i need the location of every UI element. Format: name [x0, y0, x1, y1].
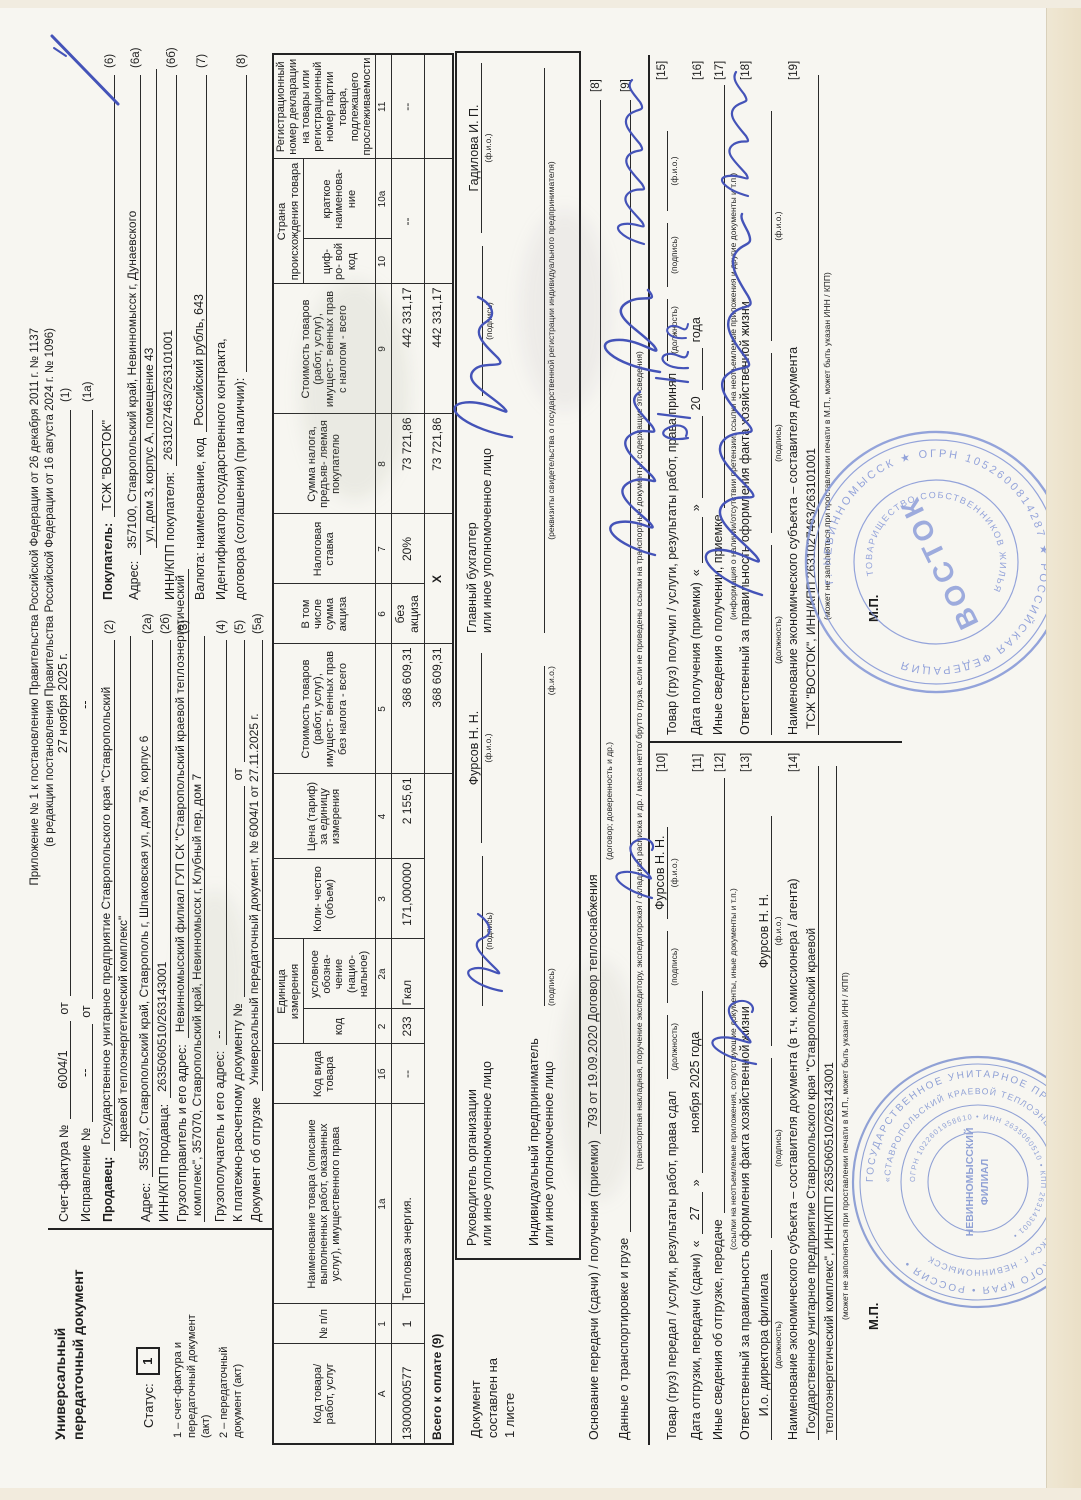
- seller-address-label: Адрес:: [139, 1183, 153, 1222]
- accountant-title: Главный бухгалтер или иное уполномоченно…: [465, 448, 495, 633]
- col-head-cost-no-tax: Стоимость товаров (работ, услуг), имущес…: [273, 644, 375, 774]
- head-signature-line: [467, 856, 483, 1006]
- responsible-received-fio-sublabel: (ф.и.о.): [772, 211, 783, 240]
- ref-2: (2): [104, 620, 116, 634]
- total-cost-with-tax: 442 331,17: [424, 284, 453, 414]
- responsible-received-position-line: [756, 545, 772, 735]
- receive-date-century: 20: [689, 396, 703, 410]
- other-ship-info-line: Иные сведения об отгрузке, передаче: [710, 778, 725, 1440]
- entrepreneur-title: Индивидуальный предприниматель или иное …: [527, 1038, 557, 1246]
- goods-received-sign-line: [652, 223, 668, 287]
- status-note2: 2 – передаточный документ (акт): [218, 1310, 246, 1438]
- responsible-received-sign-line: [756, 353, 772, 533]
- col-head-unit-group: Единица измерения: [273, 939, 304, 1044]
- upd-document: Приложение № 1 к постановлению Правитель…: [0, 0, 1081, 1500]
- num-3: 3: [375, 859, 391, 939]
- table-total-row: Всего к оплате (9) 368 609,31 X 73 721,8…: [424, 54, 453, 1444]
- ref-2a: (2а): [142, 614, 154, 634]
- seller-address-line: Адрес: 355037, Ставропольский край, Став…: [138, 640, 153, 1222]
- regulation-note-line1: Приложение № 1 к постановлению Правитель…: [28, 328, 43, 1080]
- head-fio-sublabel: (ф.и.о.): [482, 733, 493, 762]
- status-value-box: 1: [136, 1347, 160, 1375]
- cell-npp: 1: [391, 1304, 424, 1344]
- table-row: 13000000577 1 Тепловая энергия. -- 233 Г…: [391, 54, 424, 1444]
- correction-number-value: --: [78, 1024, 93, 1122]
- status-note1: 1 – счет-фактура и передаточный документ…: [172, 1310, 213, 1438]
- cell-unit-symbol: Гкал: [391, 939, 424, 1009]
- responsible-received-position-sublabel: (должность): [772, 616, 783, 664]
- gov-contract-label-2: договора (соглашения) (при наличии):: [233, 378, 247, 600]
- shipping-doc-value: Универсальный передаточный документ, № 6…: [248, 640, 263, 1091]
- num-7: 7: [375, 514, 391, 584]
- num-10: 10: [375, 239, 391, 284]
- other-receive-info-label: Иные сведения о получении, приемке: [711, 514, 725, 735]
- cell-country: --: [391, 159, 424, 284]
- scan-smudge: [300, 280, 410, 500]
- col-head-unit-symbol: условное обозна- чение (нацио- нальное): [304, 939, 375, 1009]
- entrepreneur-fio-sublabel: (ф.и.о.): [545, 666, 556, 695]
- ref-5: (5): [234, 620, 246, 634]
- responsible-received-fio-col: (ф.и.о.): [756, 111, 783, 341]
- seller-entity-label: Наименование экономического субъекта – с…: [786, 878, 800, 1440]
- buyer-address-value-1: 357100, Ставропольский край, Невинномысс…: [126, 75, 141, 555]
- ref-19: [19]: [788, 61, 800, 80]
- ref-17: [17]: [714, 61, 726, 80]
- receive-date-month: [688, 416, 703, 498]
- buyer-inn-value: 2631027463/263101001: [162, 75, 177, 466]
- other-ship-info-note: (ссылки на неотъемлемые приложения, сопу…: [728, 888, 738, 1250]
- ship-date-line: Дата отгрузки, передачи (сдачи) « 27 » н…: [688, 940, 703, 1440]
- accountant-fio-col: Гадилова И. П. (ф.и.о.): [467, 63, 493, 233]
- ref-6a: (6а): [130, 48, 142, 68]
- col-head-reg-number: Регистрационный номер декларации на това…: [273, 54, 375, 159]
- scanner-edge-bottom: [1046, 0, 1081, 1500]
- ref-14: [14]: [788, 753, 800, 772]
- ref-1: (1): [60, 388, 72, 402]
- num-6: 6: [375, 584, 391, 644]
- cell-excise: без акциза: [391, 584, 424, 644]
- responsible-received-sign-col: (подпись): [756, 353, 783, 533]
- ref-15: [15]: [656, 61, 668, 80]
- seller-inn-value: 2635060510/263143001: [156, 640, 171, 1098]
- cell-kind: --: [391, 1044, 424, 1104]
- head-sign-signature-col: (подпись): [467, 856, 494, 1006]
- goods-sent-sign-line: [652, 931, 668, 1003]
- goods-received-label: Товар (груз) получил / услуги, результат…: [665, 373, 679, 735]
- gov-contract-value: [232, 75, 247, 372]
- ref-8b: [8]: [590, 79, 602, 92]
- entrepreneur-sign-sublabel: (подпись): [545, 968, 556, 1006]
- accountant-signature-sublabel: (подпись): [483, 302, 494, 340]
- buyer-line: Покупатель: ТСЖ "ВОСТОК": [100, 75, 115, 600]
- ref-16: [16]: [692, 61, 704, 80]
- status-divider: [48, 1228, 272, 1230]
- ship-date-day: 27: [688, 1192, 703, 1234]
- table-header-row-1: Код товара/ работ, услуг № п/п Наименова…: [273, 54, 304, 1444]
- seller-line: Продавец: Государственное унитарное пред…: [100, 640, 115, 1222]
- corner-pen-tick: [54, 48, 66, 56]
- invoice-number-line: Счет-фактура № 6004/1 от 27 ноября 2025 …: [56, 410, 71, 1222]
- accountant-signature-line: [467, 246, 483, 396]
- responsible-sent-label: Ответственный за правильность оформления…: [738, 1006, 752, 1440]
- num-11: 11: [375, 54, 391, 159]
- cell-rate: 20%: [391, 514, 424, 584]
- consignor-label: Грузоотправитель и его адрес:: [175, 1044, 189, 1222]
- receive-date-year: [688, 348, 703, 390]
- goods-received-position-line: [652, 299, 668, 361]
- ref-13: [13]: [740, 753, 752, 772]
- correction-label: Исправление №: [79, 1128, 93, 1222]
- goods-received-line: Товар (груз) получил / услуги, результат…: [652, 85, 679, 735]
- goods-sent-fio-sublabel: (ф.и.о.): [668, 858, 679, 887]
- entrepreneur-signature-col: (подпись) (ф.и.о.): [529, 666, 556, 1006]
- col-head-price: Цена (тариф) за единицу измерения: [273, 774, 375, 859]
- head-signature-sublabel: (подпись): [483, 912, 494, 950]
- accountant-title-l2: или иное уполномоченное лицо: [480, 448, 495, 633]
- buyer-address-label: Адрес:: [127, 561, 141, 600]
- num-10a: 10а: [375, 159, 391, 239]
- col-head-country-name: краткое наименова- ние: [304, 159, 375, 239]
- responsible-sent-position-col: И.о. директора филиала (должность): [757, 1250, 783, 1440]
- buyer-label: Покупатель:: [101, 523, 115, 600]
- ref-12: [12]: [714, 753, 726, 772]
- seller-stamp-inner-text: ОГРН 1022601958610 • ИНН 2635060510 • КП…: [908, 1112, 1048, 1241]
- receive-date-label: Дата получения (приемки): [689, 582, 703, 735]
- responsible-sent-sign-line: [756, 1058, 772, 1238]
- total-country-empty: [424, 159, 453, 284]
- correction-line: Исправление № -- от --: [78, 410, 93, 1222]
- entrepreneur-title-l1: Индивидуальный предприниматель: [527, 1038, 542, 1246]
- buyer-stamp-center-text: ВОСТОК: [893, 489, 985, 634]
- num-A: А: [375, 1344, 391, 1444]
- num-5: 5: [375, 644, 391, 774]
- items-table: Код товара/ работ, услуг № п/п Наименова…: [272, 53, 454, 1445]
- scan-smudge: [180, 890, 250, 1070]
- other-receive-info-note: (информация о наличии/отсутствии претенз…: [728, 173, 738, 620]
- ref-2b: (2б): [160, 613, 172, 634]
- cell-unit-code: 233: [391, 1009, 424, 1044]
- cell-qty: 171,000000: [391, 859, 424, 939]
- accountant-fio-value: Гадилова И. П.: [467, 63, 482, 233]
- seller-inn-line: ИНН/КПП продавца: 2635060510/263143001: [156, 640, 171, 1222]
- head-sign-title-l1: Руководитель организации: [465, 1061, 480, 1246]
- correction-date-value: --: [78, 410, 93, 999]
- pages-note-l1: Документ: [468, 1358, 485, 1438]
- pages-note-l2: составлен на: [485, 1358, 502, 1438]
- num-2: 2: [375, 1009, 391, 1044]
- responsible-sent-sign-col: (подпись): [756, 1058, 783, 1238]
- invoice-number-value: 6004/1: [56, 1021, 71, 1119]
- goods-sent-position-col: (должность): [652, 1015, 679, 1079]
- basis-note: (договор; доверенность и др.): [604, 742, 614, 860]
- transport-label: Данные о транспортировке и грузе: [617, 1238, 631, 1440]
- goods-received-fio-line: [652, 131, 668, 211]
- cell-name: Тепловая энергия.: [391, 1104, 424, 1304]
- currency-label: Валюта: наименование, код: [193, 438, 207, 600]
- total-reg-empty: [424, 54, 453, 159]
- other-ship-info-label: Иные сведения об отгрузке, передаче: [711, 1219, 725, 1440]
- buyer-stamp: Г. НЕВИННОМЫССК ★ ОГРН 1052600814287 ★ Р…: [772, 398, 1081, 725]
- goods-sent-fio: Фурсов Н. Н.: [653, 827, 668, 919]
- scan-smudge: [560, 960, 640, 1200]
- head-fio-value: Фурсов Н. Н.: [467, 653, 482, 843]
- ref-5a: (5а): [252, 614, 264, 634]
- seller-value-2: краевой теплоэнергетический комплекс": [116, 636, 131, 1148]
- head-sign-title: Руководитель организации или иное уполно…: [465, 1061, 495, 1246]
- seller-inn-label: ИНН/КПП продавца:: [157, 1104, 171, 1222]
- ref-8: (8): [236, 54, 248, 68]
- seller-stamp-center-1: НЕВИННОМЫССКИЙ: [963, 1128, 976, 1237]
- ref-9: [9]: [620, 79, 632, 92]
- total-tax: 73 721,86: [424, 414, 453, 514]
- buyer-inn-line: ИНН/КПП покупателя: 2631027463/263101001: [162, 75, 177, 600]
- responsible-sent-position: И.о. директора филиала: [757, 1250, 772, 1440]
- accountant-title-l1: Главный бухгалтер: [465, 448, 480, 633]
- ship-date-q2: »: [689, 1179, 703, 1186]
- ref-11: [11]: [692, 754, 704, 772]
- other-ship-info-value: [710, 778, 725, 1213]
- goods-sent-sign-sublabel: (подпись): [668, 948, 679, 986]
- document-title: Универсальный передаточный документ: [52, 1240, 87, 1440]
- goods-sent-fio-col: Фурсов Н. Н. (ф.и.о.): [653, 827, 679, 919]
- col-head-npp: № п/п: [273, 1304, 375, 1344]
- num-1a: 1а: [375, 1104, 391, 1304]
- buyer-address-line: Адрес: 357100, Ставропольский край, Неви…: [126, 75, 141, 600]
- responsible-received-position-col: (должность): [756, 545, 783, 735]
- col-head-excise: В том числе сумма акциза: [273, 584, 375, 644]
- entrepreneur-signature-line: [529, 666, 545, 1006]
- responsible-sent-position-sublabel: (должность): [772, 1321, 783, 1369]
- seller-entity-value-1: Государственное унитарное предприятие Ст…: [804, 766, 819, 1440]
- seller-value-1: Государственное унитарное предприятие Ст…: [100, 640, 115, 1151]
- receive-date-q2: »: [689, 504, 703, 511]
- goods-received-position-sublabel: (должность): [668, 306, 679, 354]
- seller-label: Продавец:: [101, 1157, 115, 1222]
- goods-sent-label: Товар (груз) передал / услуги, результат…: [665, 1091, 679, 1440]
- responsible-sent-sign-sublabel: (подпись): [772, 1129, 783, 1167]
- goods-sent-position-line: [652, 1015, 668, 1079]
- ref-18: [18]: [740, 61, 752, 80]
- num-1b: 1б: [375, 1044, 391, 1104]
- responsible-received-label: Ответственный за правильность оформления…: [738, 301, 752, 735]
- receive-date-day: [688, 517, 703, 563]
- scanned-page: Приложение № 1 к постановлению Правитель…: [0, 0, 1081, 1500]
- shipping-doc-label: Документ об отгрузке: [249, 1097, 263, 1222]
- pages-note-l3: 1 листе: [502, 1358, 519, 1438]
- other-receive-info-line: Иные сведения о получении, приемке: [710, 85, 725, 735]
- invoice-date-value: 27 ноября 2025 г.: [56, 410, 71, 996]
- num-4: 4: [375, 774, 391, 859]
- col-head-name: Наименование товара (описание выполненны…: [273, 1104, 375, 1304]
- table-numbering-row: А 1 1а 1б 2 2а 3 4 5 6 7 8 9 10 10а 11: [375, 54, 391, 1444]
- ref-4: (4): [216, 620, 228, 634]
- seller-address-value: 355037, Ставропольский край, Ставрополь …: [138, 640, 153, 1177]
- goods-sent-position-sublabel: (должность): [668, 1023, 679, 1071]
- transport-line: Данные о транспортировке и грузе: [616, 100, 631, 1440]
- correction-from-label: от: [79, 1005, 93, 1017]
- col-head-kind: Код вида товара: [273, 1044, 375, 1104]
- receive-date-q1: «: [689, 569, 703, 576]
- ref-10: [10]: [656, 753, 668, 772]
- buyer-inn-label: ИНН/КПП покупателя:: [163, 472, 177, 600]
- buyer-value: ТСЖ "ВОСТОК": [100, 75, 115, 517]
- scanner-edge-right: [0, 0, 1081, 8]
- invoice-number-label: Счет-фактура №: [57, 1125, 71, 1222]
- total-cost-no-tax: 368 609,31: [424, 644, 453, 774]
- regulation-note: Приложение № 1 к постановлению Правитель…: [28, 328, 58, 1080]
- col-head-country-code: циф- ро- вой код: [304, 239, 375, 284]
- responsible-sent-line: И.о. директора филиала (должность) (подп…: [756, 778, 783, 1440]
- status-line: Статус: 1: [136, 1347, 160, 1428]
- section-divider-horizontal: [648, 55, 650, 1445]
- total-label: Всего к оплате (9): [424, 774, 453, 1444]
- goods-sent-sign-col: (подпись): [652, 931, 679, 1003]
- ship-date-month-year: ноября 2025 года: [688, 991, 703, 1173]
- ref-1a: (1а): [82, 382, 94, 402]
- col-head-rate: Налоговая ставка: [273, 514, 375, 584]
- total-x: X: [424, 514, 453, 644]
- currency-line: Валюта: наименование, код Российский руб…: [192, 75, 207, 600]
- payment-doc-from: от: [231, 768, 245, 780]
- seller-entity-value-2: теплоэнергетический комплекс", ИНН/КПП 2…: [822, 766, 837, 1440]
- consignee-label: Грузополучатель и его адрес:: [213, 1051, 227, 1222]
- accountant-signature-col: (подпись): [467, 246, 494, 396]
- receive-date-line: Дата получения (приемки) « » 20 года: [688, 215, 703, 735]
- goods-received-fio-col: (ф.и.о.): [652, 131, 679, 211]
- pages-note: Документ составлен на 1 листе: [468, 1358, 519, 1438]
- payment-doc-date: [230, 640, 245, 762]
- section-divider-vertical: [648, 741, 902, 743]
- scan-smudge: [520, 210, 610, 410]
- entrepreneur-sublabels: (подпись) (ф.и.о.): [545, 666, 556, 1006]
- ref-6: (6): [104, 54, 116, 68]
- responsible-received-fio-line: [756, 111, 772, 341]
- ref-7: (7): [196, 54, 208, 68]
- goods-received-sign-col: (подпись): [652, 223, 679, 287]
- seller-stamp-center-2: ФИЛИАЛ: [979, 1159, 991, 1206]
- cell-price: 2 155,61: [391, 774, 424, 859]
- ship-date-label: Дата отгрузки, передачи (сдачи): [689, 1253, 703, 1440]
- invoice-from-label: от: [57, 1002, 71, 1014]
- col-head-codeA: Код товара/ работ, услуг: [273, 1344, 375, 1444]
- buyer-address-value-2: ул, дом 3, корпус А, помещение 43: [142, 69, 157, 548]
- ref-6b: (6б): [166, 47, 178, 68]
- entrepreneur-title-l2: или иное уполномоченное лицо: [542, 1038, 557, 1246]
- receive-date-suffix: года: [689, 317, 703, 342]
- gov-contract-label-1: Идентификатор государственного контракта…: [214, 338, 228, 600]
- responsible-sent-fio-sublabel: (ф.и.о.): [772, 916, 783, 945]
- responsible-sent-fio: Фурсов Н. Н.: [757, 816, 772, 1046]
- col-head-qty: Коли- чество (объем): [273, 859, 375, 939]
- status-label: Статус:: [141, 1383, 156, 1428]
- col-head-unit-code: код: [304, 1009, 375, 1044]
- head-sign-title-l2: или иное уполномоченное лицо: [480, 1061, 495, 1246]
- responsible-received-line: (должность) (подпись) (ф.и.о.): [756, 85, 783, 735]
- shipping-doc-line: Документ об отгрузке Универсальный перед…: [248, 640, 263, 1222]
- cell-reg-number: --: [391, 54, 424, 159]
- ship-date-q1: «: [689, 1240, 703, 1247]
- svg-text:ОГРН 1022601958610 • ИНН 26350: ОГРН 1022601958610 • ИНН 2635060510 • КП…: [908, 1112, 1048, 1241]
- col-head-country-group: Страна происхождения товара: [273, 159, 304, 284]
- scanner-edge-left: [0, 1488, 1081, 1500]
- goods-received-sign-sublabel: (подпись): [668, 236, 679, 274]
- cell-cost-no-tax: 368 609,31: [391, 644, 424, 774]
- other-receive-info-value: [710, 85, 725, 508]
- responsible-sent-fio-col: Фурсов Н. Н. (ф.и.о.): [757, 816, 783, 1046]
- goods-received-position-col: (должность): [652, 299, 679, 361]
- currency-value: Российский рубль, 643: [192, 75, 207, 432]
- gov-contract-line: договора (соглашения) (при наличии):: [232, 75, 247, 600]
- accountant-fio-sublabel: (ф.и.о.): [482, 133, 493, 162]
- goods-received-fio-sublabel: (ф.и.о.): [668, 156, 679, 185]
- cell-codeA: 13000000577: [391, 1344, 424, 1444]
- num-2a: 2а: [375, 939, 391, 1009]
- num-1: 1: [375, 1304, 391, 1344]
- head-fio-col: Фурсов Н. Н. (ф.и.о.): [467, 653, 493, 843]
- goods-sent-line: Товар (груз) передал / услуги, результат…: [652, 778, 679, 1440]
- ref-3: (3): [178, 620, 190, 634]
